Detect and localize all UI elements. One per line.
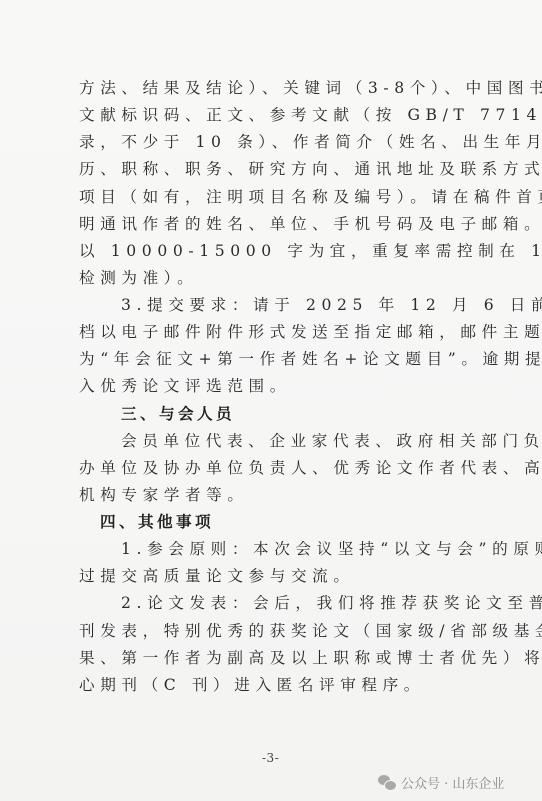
text-line: 明通讯作者的姓名、单位、手机号码及电子邮箱。稿件字数	[79, 211, 469, 238]
watermark: 公众号 · 山东企业	[378, 773, 504, 792]
text-line: 检测为准）。	[79, 265, 469, 292]
text-line: 档以电子邮件附件形式发送至指定邮箱，邮件主题统一格式	[79, 319, 469, 346]
text-line: 历、职称、职务、研究方向、通讯地址及联系方式）、基金	[79, 156, 469, 183]
watermark-text: 公众号 · 山东企业	[401, 773, 504, 792]
paragraph-start-participation-principle: 1.参会原则：本次会议坚持“以文与会”的原则，鼓励通	[79, 536, 469, 563]
text-line: 办单位及协办单位负责人、优秀论文作者代表、高校及科研	[79, 455, 469, 482]
text-line: 以 10000-15000 字为宜，重复率需控制在 15%以内（以知网	[79, 238, 469, 265]
text-line: 录，不少于 10 条）、作者简介（姓名、出生年月、性别、学	[79, 129, 469, 156]
section-heading-other-matters: 四、其他事项	[79, 509, 469, 536]
text-line: 过提交高质量论文参与交流。	[79, 563, 469, 590]
text-line: 文献标识码、正文、参考文献（按 GB/T 7714-2015 标准著	[79, 102, 469, 129]
text-line: 刊发表，特别优秀的获奖论文（国家级/省部级基金项目成	[79, 618, 469, 645]
text-line: 心期刊（C 刊）进入匿名评审程序。	[79, 672, 469, 699]
document-body: 方法、结果及结论）、关键词（3-8个）、中国图书分类号、 文献标识码、正文、参考…	[79, 75, 469, 699]
text-line: 为“年会征文+第一作者姓名+论文题目”。逾期提交将不纳	[79, 346, 469, 373]
paragraph-start-publication: 2.论文发表：会后，我们将推荐获奖论文至普通学术期	[79, 590, 469, 617]
text-line: 果、第一作者为副高及以上职称或博士者优先）将推荐至核	[79, 645, 469, 672]
text-line: 项目（如有，注明项目名称及编号）。请在稿件首页脚注注	[79, 184, 469, 211]
section-heading-attendees: 三、与会人员	[79, 401, 469, 428]
text-line: 方法、结果及结论）、关键词（3-8个）、中国图书分类号、	[79, 75, 469, 102]
text-line: 机构专家学者等。	[79, 482, 469, 509]
paragraph-start-attendees: 会员单位代表、企业家代表、政府相关部门负责人、主	[79, 428, 469, 455]
document-page: 方法、结果及结论）、关键词（3-8个）、中国图书分类号、 文献标识码、正文、参考…	[0, 0, 542, 801]
paragraph-start-submission-requirements: 3.提交要求：请于 2025 年 12 月 6 日前，将论文 Word 文	[79, 292, 469, 319]
wechat-icon	[378, 775, 396, 790]
text-line: 入优秀论文评选范围。	[79, 373, 469, 400]
page-number: -3-	[262, 751, 279, 765]
